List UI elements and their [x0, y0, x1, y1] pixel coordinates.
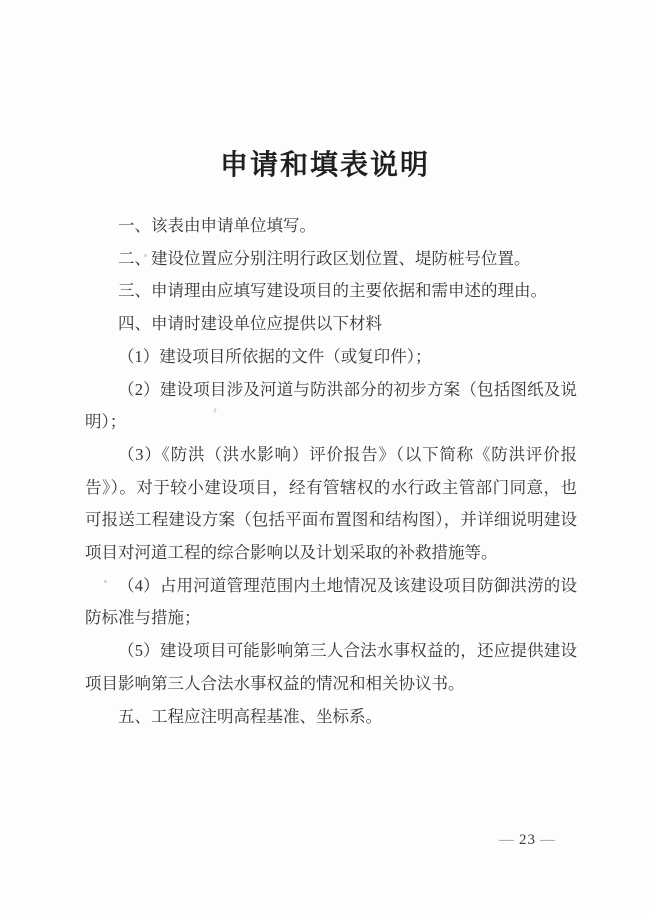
document-page: 申请和填表说明 一、该表由申请单位填写。 二、建设位置应分别注明行政区划位置、堤…: [0, 0, 650, 918]
instruction-item-4-2: （2）建设项目涉及河道与防洪部分的初步方案（包括图纸及说明）；: [85, 374, 577, 439]
instruction-item-3: 三、申请理由应填写建设项目的主要依据和需申述的理由。: [85, 275, 577, 308]
instruction-item-4-1: （1）建设项目所依据的文件（或复印件）；: [85, 341, 577, 374]
instruction-item-4-3: （3）《防洪（洪水影响）评价报告》（以下简称《防洪评价报告》）。对于较小建设项目…: [85, 439, 577, 570]
scan-speck: [355, 150, 358, 154]
page-title: 申请和填表说明: [0, 143, 650, 183]
instructions-body: 一、该表由申请单位填写。 二、建设位置应分别注明行政区划位置、堤防桩号位置。 三…: [85, 210, 577, 733]
page-number: —23—: [495, 832, 560, 849]
scan-speck: [144, 254, 147, 257]
page-number-value: 23: [519, 832, 536, 848]
instruction-item-4-4: （4）占用河道管理范围内土地情况及该建设项目防御洪涝的设防标准与措施；: [85, 570, 577, 635]
instruction-item-1: 一、该表由申请单位填写。: [85, 210, 577, 243]
page-number-dash-left: —: [495, 832, 519, 848]
instruction-item-4: 四、申请时建设单位应提供以下材料: [85, 308, 577, 341]
page-number-dash-right: —: [536, 832, 560, 848]
instruction-item-5: 五、工程应注明高程基准、坐标系。: [85, 701, 577, 734]
scan-speck: [104, 580, 107, 583]
instruction-item-4-5: （5）建设项目可能影响第三人合法水事权益的，还应提供建设项目影响第三人合法水事权…: [85, 635, 577, 700]
instruction-item-2: 二、建设位置应分别注明行政区划位置、堤防桩号位置。: [85, 243, 577, 276]
